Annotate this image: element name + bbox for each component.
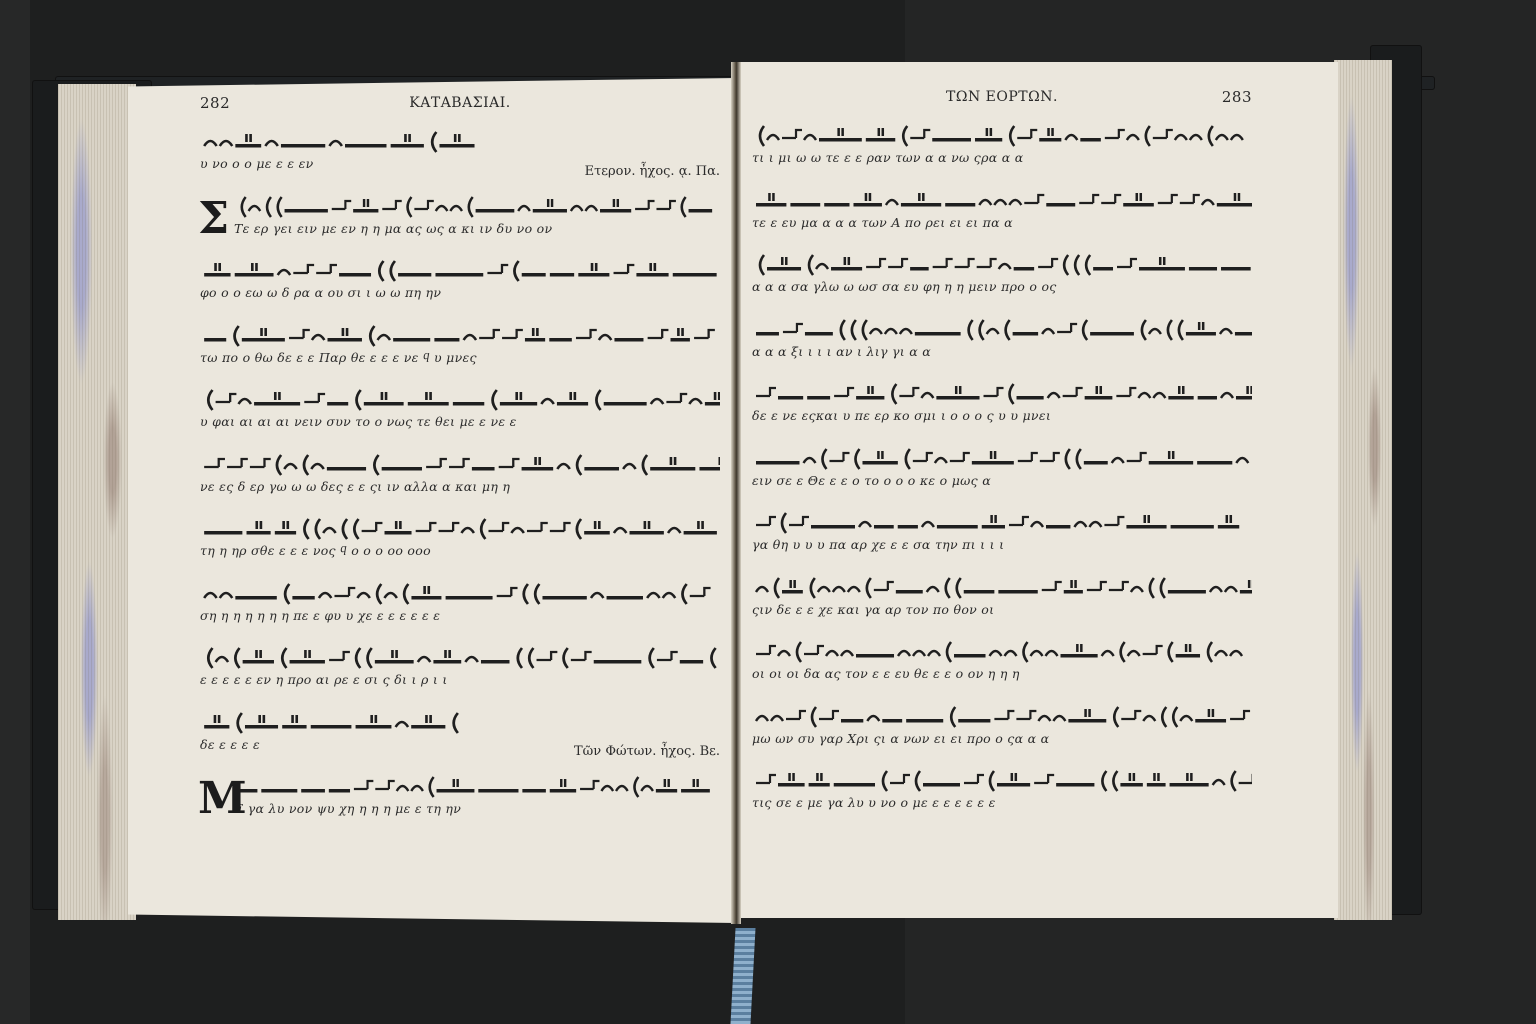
right-page-header: ΤΩΝ ΕΟΡΤΩΝ. 283 <box>752 82 1252 112</box>
lyrics-text: νε ες δ ερ γω ω ω δες ε ε ςι ιν αλλα α κ… <box>200 479 720 494</box>
lyrics-text: ειν σε ε Θε ε ε ο το ο ο ο κε ο μως α <box>752 473 1252 488</box>
marbled-edge-left <box>58 84 136 920</box>
neume-row <box>200 699 720 737</box>
mode-rubric: Ετερον. ἦχος. ᾳ. Πα. <box>585 164 720 179</box>
chant-line: ε ε ε ε ε εν η προ αι ρε ε σι ς δι ι ρ ι… <box>200 634 720 699</box>
lyrics-text: Τε ερ γει ειν με εν η η μα ας ως α κι ιν… <box>200 221 720 236</box>
neume-notation-icon <box>752 761 1252 795</box>
drop-cap-initial: Μ <box>198 777 247 821</box>
running-head: ΚΑΤΑΒΑΣΙΑΙ. <box>260 95 660 111</box>
neume-row <box>752 757 1252 795</box>
neume-notation-icon <box>752 503 1252 537</box>
chant-line: νε ες δ ερ γω ω ω δες ε ε ςι ιν αλλα α κ… <box>200 441 720 506</box>
page-number: 283 <box>1192 88 1252 106</box>
chant-line: υ φαι αι αι αι νειν συν το ο νως τε θει … <box>200 376 720 441</box>
lyrics-text: Ε γα λυ νον ψυ χη η η η με ε τη ην <box>200 801 720 816</box>
backdrop-left <box>0 0 30 1024</box>
neume-row <box>200 118 720 156</box>
chant-line: γα θη υ υ υ πα αρ χε ε ε σα την πι ι ι ι <box>752 499 1252 564</box>
lyrics-text: α α α ξι ι ι ι αν ι λιγ γι α α <box>752 344 1252 359</box>
chant-line: φο ο ο εω ω δ ρα α ου σι ι ω ω πη ην <box>200 247 720 312</box>
neume-row <box>200 376 720 414</box>
chant-line: ςιν δε ε ε χε και γα αρ τον πο θον οι <box>752 564 1252 629</box>
neume-row <box>752 499 1252 537</box>
neume-notation-icon <box>752 374 1252 408</box>
lyrics-text: τω πο ο θω δε ε ε Παρ θε ε ε ε νε ϥ υ μν… <box>200 350 720 366</box>
drop-cap-initial: Σ <box>198 197 229 241</box>
mode-rubric: Τῶν Φώτων. ἦχος. Βε. <box>574 744 720 759</box>
chant-line: Ε γα λυ νον ψυ χη η η η με ε τη ην Μ <box>200 763 720 828</box>
ribbon-bookmark[interactable] <box>730 928 755 1024</box>
neume-row <box>200 505 720 543</box>
neume-notation-icon <box>200 251 720 285</box>
neume-row <box>752 628 1252 666</box>
chant-line: τις σε ε με γα λυ υ νο ο με ε ε ε ε ε ε <box>752 757 1252 822</box>
neume-row <box>200 570 720 608</box>
lyrics-text: τι ι μι ω ω τε ε ε ραν των α α νω ςρα α … <box>752 150 1252 165</box>
lyrics-text: ε ε ε ε ε εν η προ αι ρε ε σι ς δι ι ρ ι… <box>200 672 720 687</box>
right-page: ΤΩΝ ΕΟΡΤΩΝ. 283 τι ι μι ω ω τε ε ε ραν τ… <box>752 82 1252 822</box>
neume-row <box>200 634 720 672</box>
neume-notation-icon <box>200 316 720 350</box>
chant-line: ση η η η η η η πε ε φυ υ χε ε ε ε ε ε ε <box>200 570 720 635</box>
chant-line: τε ε ευ μα α α α των Α πο ρει ει ει πα α <box>752 177 1252 242</box>
lyrics-text: οι οι οι δα ας τον ε ε ευ θε ε ε ο ον η … <box>752 666 1252 681</box>
chant-line: μω ων συ γαρ Χρι ςι α νων ει ει προ ο ςα… <box>752 693 1252 758</box>
chant-line: ειν σε ε Θε ε ε ο το ο ο ο κε ο μως α <box>752 435 1252 500</box>
chant-line: οι οι οι δα ας τον ε ε ευ θε ε ε ο ον η … <box>752 628 1252 693</box>
neume-notation-icon <box>200 380 720 414</box>
neume-row <box>200 763 720 801</box>
neume-notation-icon <box>752 568 1252 602</box>
neume-row <box>200 247 720 285</box>
chant-line: υ νο ο ο με ε ε εν Ετερον. ἦχος. ᾳ. Πα. <box>200 118 720 183</box>
lyrics-text: τις σε ε με γα λυ υ νο ο με ε ε ε ε ε ε <box>752 795 1252 810</box>
lyrics-text: ση η η η η η η πε ε φυ υ χε ε ε ε ε ε ε <box>200 608 720 623</box>
neume-row <box>752 306 1252 344</box>
lyrics-text: τε ε ευ μα α α α των Α πο ρει ει ει πα α <box>752 215 1252 230</box>
neume-notation-icon <box>752 697 1252 731</box>
neume-notation-icon <box>234 767 720 801</box>
neume-row <box>200 441 720 479</box>
chant-line: τη η ηρ σθε ε ε ε νος ϥ ο ο ο οο οοο <box>200 505 720 570</box>
neume-row <box>752 370 1252 408</box>
left-page: 282 ΚΑΤΑΒΑΣΙΑΙ. υ νο ο ο με ε ε εν Ετερο… <box>200 88 720 828</box>
left-page-header: 282 ΚΑΤΑΒΑΣΙΑΙ. <box>200 88 720 118</box>
neume-notation-icon <box>200 703 720 737</box>
lyrics-text: υ φαι αι αι αι νειν συν το ο νως τε θει … <box>200 414 720 429</box>
chant-line: Τε ερ γει ειν με εν η η μα ας ως α κι ιν… <box>200 183 720 248</box>
lyrics-text: τη η ηρ σθε ε ε ε νος ϥ ο ο ο οο οοο <box>200 543 720 559</box>
lyrics-text: μω ων συ γαρ Χρι ςι α νων ει ει προ ο ςα… <box>752 731 1252 746</box>
running-head: ΤΩΝ ΕΟΡΤΩΝ. <box>812 89 1192 105</box>
neume-notation-icon <box>200 122 720 156</box>
neume-row <box>752 112 1252 150</box>
neume-row <box>752 693 1252 731</box>
neume-row <box>752 241 1252 279</box>
neume-notation-icon <box>200 638 720 672</box>
neume-row <box>200 183 720 221</box>
lyrics-text: γα θη υ υ υ πα αρ χε ε ε σα την πι ι ι ι <box>752 537 1252 552</box>
neume-row <box>752 177 1252 215</box>
neume-notation-icon <box>234 187 720 221</box>
neume-row <box>752 564 1252 602</box>
page-number: 282 <box>200 94 260 112</box>
neume-notation-icon <box>752 245 1252 279</box>
chant-line: τω πο ο θω δε ε ε Παρ θε ε ε ε νε ϥ υ μν… <box>200 312 720 377</box>
book-gutter <box>731 62 741 924</box>
neume-notation-icon <box>752 116 1252 150</box>
chant-line: δε ε νε εςκαι υ πε ερ κο σμι ι ο ο ο ς υ… <box>752 370 1252 435</box>
neume-notation-icon <box>200 509 720 543</box>
neume-notation-icon <box>200 574 720 608</box>
lyrics-text: δε ε νε εςκαι υ πε ερ κο σμι ι ο ο ο ς υ… <box>752 408 1252 423</box>
neume-notation-icon <box>752 632 1252 666</box>
chant-line: δε ε ε ε ε Τῶν Φώτων. ἦχος. Βε. <box>200 699 720 764</box>
neume-notation-icon <box>752 310 1252 344</box>
marbled-edge-right <box>1334 60 1392 920</box>
chant-line: τι ι μι ω ω τε ε ε ραν των α α νω ςρα α … <box>752 112 1252 177</box>
neume-row <box>752 435 1252 473</box>
neume-notation-icon <box>200 445 720 479</box>
chant-line: α α α ξι ι ι ι αν ι λιγ γι α α <box>752 306 1252 371</box>
neume-notation-icon <box>752 181 1252 215</box>
lyrics-text: ςιν δε ε ε χε και γα αρ τον πο θον οι <box>752 602 1252 617</box>
lyrics-text: α α α σα γλω ω ωσ σα ευ φη η η μειν προ … <box>752 279 1252 294</box>
neume-notation-icon <box>752 439 1252 473</box>
lyrics-text: φο ο ο εω ω δ ρα α ου σι ι ω ω πη ην <box>200 285 720 300</box>
neume-row <box>200 312 720 350</box>
chant-line: α α α σα γλω ω ωσ σα ευ φη η η μειν προ … <box>752 241 1252 306</box>
